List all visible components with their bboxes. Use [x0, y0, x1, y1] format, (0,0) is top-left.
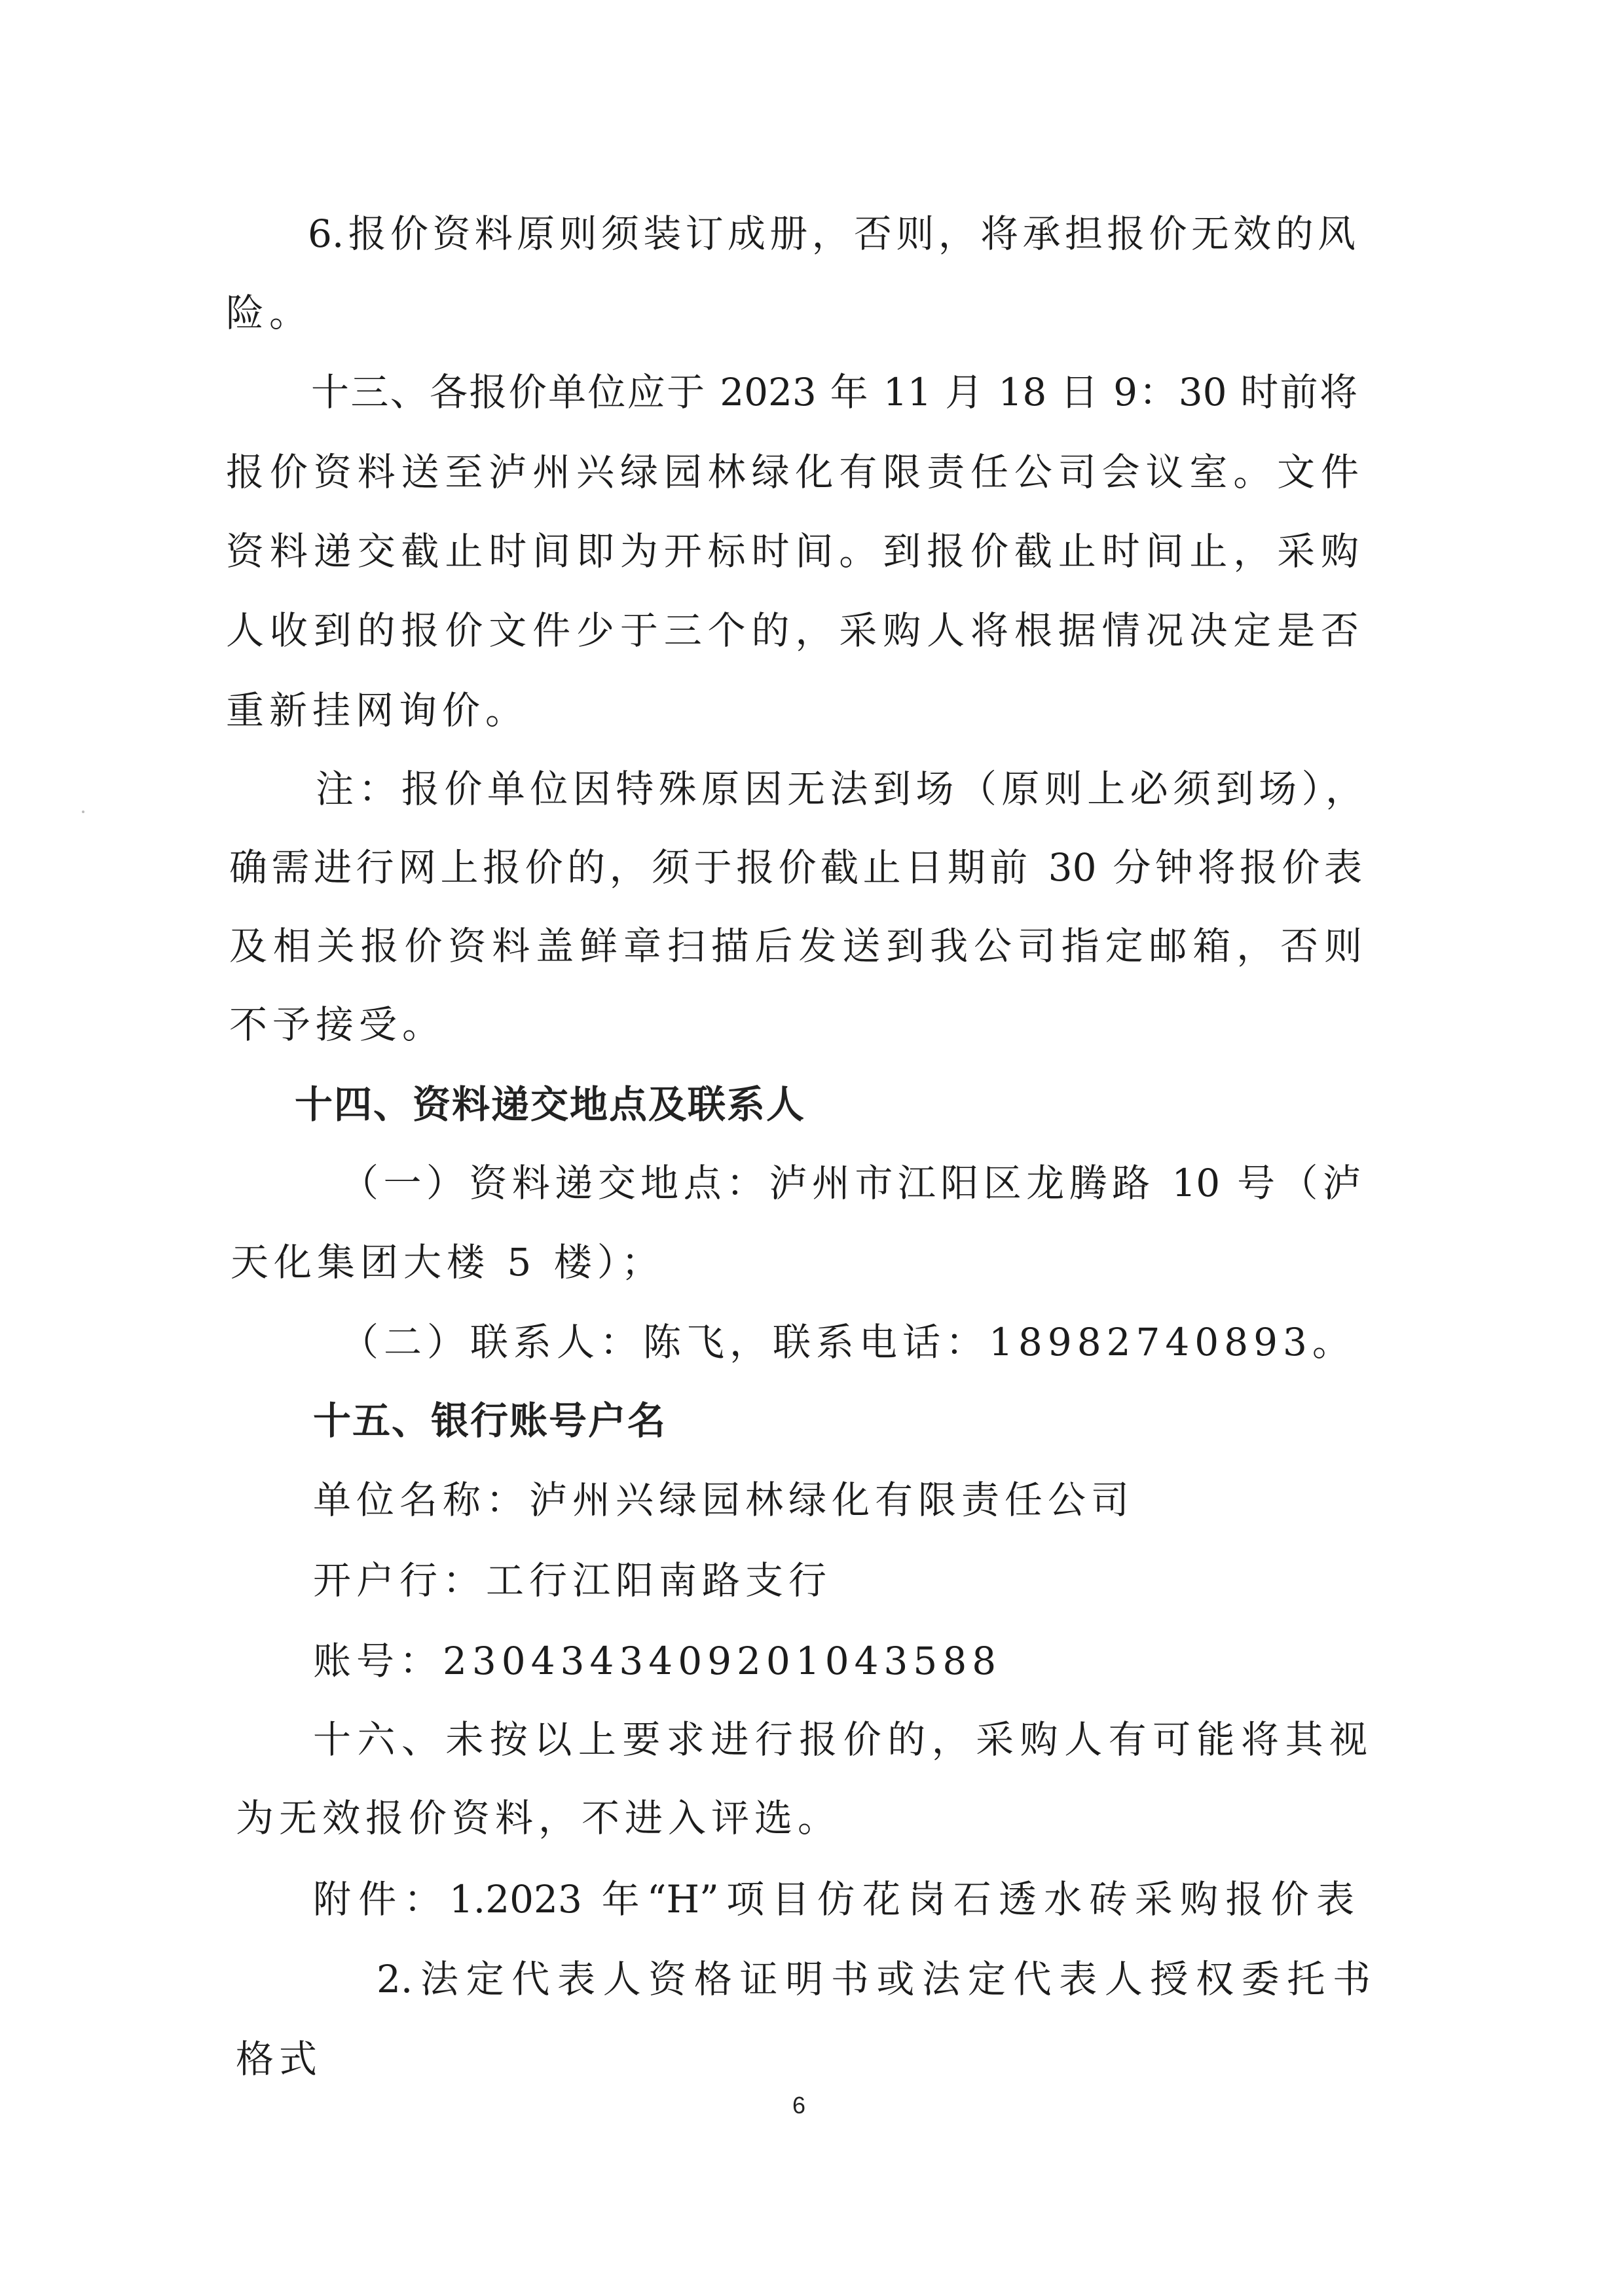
section14-item1-line2: 天化集团大楼 5 楼）； — [231, 1239, 665, 1285]
section13-line1: 十三、各报价单位应于 2023 年 11 月 18 日 9：30 时前将 — [311, 369, 1357, 415]
section14-item2-contact: （二）联系人：陈飞，联系电话：18982740893。 — [341, 1319, 1356, 1365]
note-line1: 注：报价单位因特殊原因无法到场（原则上必须到场）， — [316, 766, 1363, 812]
note-line3: 及相关报价资料盖鲜章扫描后发送到我公司指定邮箱，否则 — [229, 923, 1362, 969]
item6-line1: 6.报价资料原则须装订成册，否则，将承担报价无效的风 — [308, 211, 1356, 257]
document-page: 6.报价资料原则须装订成册，否则，将承担报价无效的风 险。 十三、各报价单位应于… — [0, 0, 1624, 2296]
note-line4: 不予接受。 — [229, 1002, 445, 1048]
bank-branch: 开户行：工行江阳南路支行 — [313, 1558, 832, 1603]
attachment-line1: 附件：1.2023 年“H”项目仿花岗石透水砖采购报价表 — [313, 1876, 1354, 1922]
bank-unit-name: 单位名称：泸州兴绿园林绿化有限责任公司 — [313, 1477, 1134, 1523]
section14-heading: 十四、资料递交地点及联系人 — [295, 1082, 805, 1127]
section13-line4: 人收到的报价文件少于三个的，采购人将根据情况决定是否 — [226, 608, 1359, 653]
section16-line2: 为无效报价资料，不进入评选。 — [236, 1795, 841, 1841]
section13-line5: 重新挂网询价。 — [226, 687, 528, 733]
attachment-line2: 2.法定代表人资格证明书或法定代表人授权委托书 — [377, 1956, 1371, 2002]
section13-line3: 资料递交截止时间即为开标时间。到报价截止时间止，采购 — [226, 528, 1359, 574]
note-line2: 确需进行网上报价的，须于报价截止日期前 30 分钟将报价表 — [229, 845, 1362, 890]
item6-line2: 险。 — [226, 290, 312, 336]
attachment-line3: 格式 — [236, 2036, 322, 2082]
bank-account-number: 账号：2304343409201043588 — [313, 1638, 1001, 1684]
scan-speck — [82, 811, 84, 813]
section13-line2: 报价资料送至泸州兴绿园林绿化有限责任公司会议室。文件 — [226, 449, 1359, 495]
section14-item1-line1: （一）资料递交地点：泸州市江阳区龙腾路 10 号（泸 — [341, 1160, 1361, 1206]
section16-line1: 十六、未按以上要求进行报价的，采购人有可能将其视 — [313, 1717, 1367, 1762]
page-number: 6 — [792, 2092, 805, 2119]
section15-heading: 十五、银行账号户名 — [313, 1398, 667, 1444]
